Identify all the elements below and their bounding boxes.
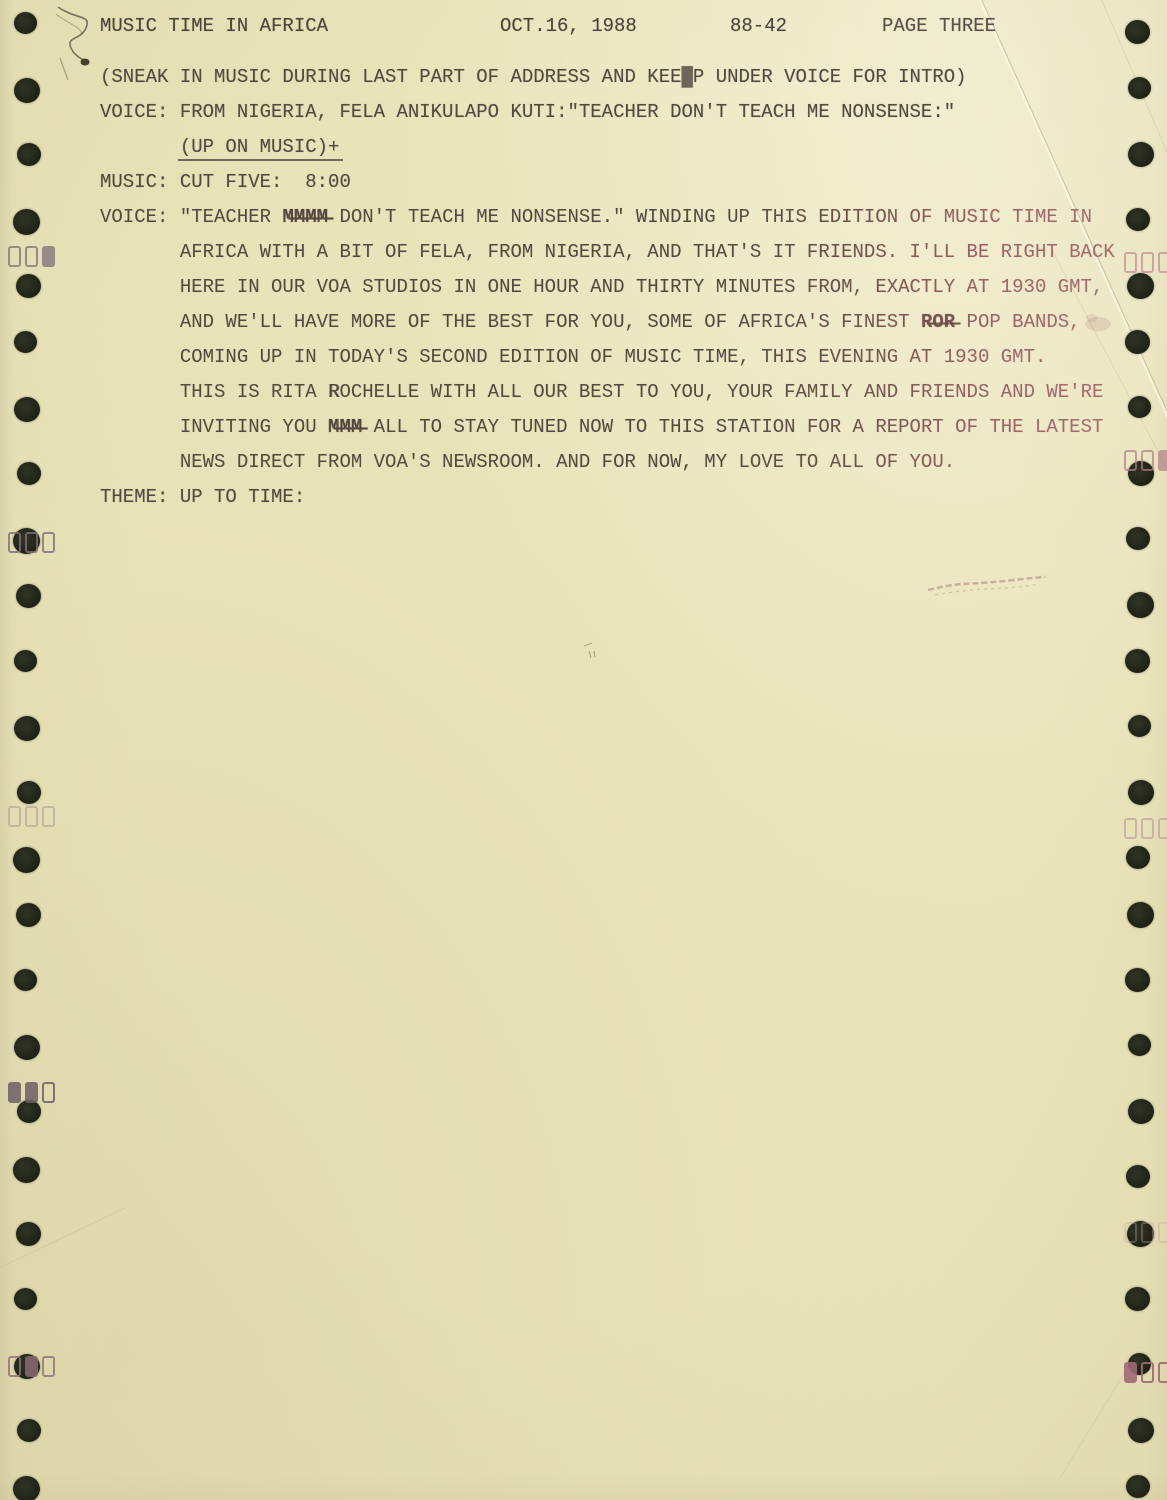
typed-text: P UNDER VOICE FOR INTRO) xyxy=(693,66,967,88)
stamp-cell xyxy=(42,532,55,553)
doc-title: MUSIC TIME IN AFRICA xyxy=(100,15,328,37)
typed-text: INVITING YOU xyxy=(180,416,328,438)
stamp-cell xyxy=(25,806,38,827)
voice-fela-intro: VOICE: FROM NIGERIA, FELA ANIKULAPO KUTI… xyxy=(100,95,1132,130)
voice-closing-line-8: NEWS DIRECT FROM VOA'S NEWSROOM. AND FOR… xyxy=(100,445,1132,480)
typed-text: DON'T TEACH ME NONSENSE." WINDING UP THI… xyxy=(328,206,1092,228)
voice-closing-line-6: THIS IS RITA ROCHELLE WITH ALL OUR BEST … xyxy=(100,375,1132,410)
typed-text: VOICE: FROM NIGERIA, FELA ANIKULAPO KUTI… xyxy=(100,101,955,123)
stamp-cell xyxy=(1124,818,1137,839)
typed-text: AND WE'LL HAVE MORE OF THE BEST FOR YOU,… xyxy=(180,311,921,333)
stamp-cell xyxy=(1158,1222,1167,1243)
typed-over-strikeout: M̶M̶M̶ xyxy=(328,416,362,438)
voice-closing-line-7: INVITING YOU M̶M̶M̶ ALL TO STAY TUNED NO… xyxy=(100,410,1132,445)
stamp-cell xyxy=(1141,818,1154,839)
typed-text: AFRICA WITH A BIT OF FELA, FROM NIGERIA,… xyxy=(180,241,1115,263)
voice-closing-line-5: COMING UP IN TODAY'S SECOND EDITION OF M… xyxy=(100,340,1132,375)
registration-stamp xyxy=(1124,818,1167,839)
stamp-cell xyxy=(1158,1362,1167,1383)
theme-cue: THEME: UP TO TIME: xyxy=(100,480,1132,515)
registration-stamp xyxy=(8,1082,55,1103)
script-lines: (SNEAK IN MUSIC DURING LAST PART OF ADDR… xyxy=(100,60,1132,515)
typed-text: HERE IN OUR VOA STUDIOS IN ONE HOUR AND … xyxy=(180,276,1104,298)
voice-closing-line-2: AFRICA WITH A BIT OF FELA, FROM NIGERIA,… xyxy=(100,235,1132,270)
cue-up-on-music: (UP ON MUSIC)+ xyxy=(100,130,1132,165)
registration-stamp xyxy=(1124,1222,1167,1243)
stamp-cell xyxy=(1141,1362,1154,1383)
stamp-cell xyxy=(1158,252,1167,273)
stamp-cell xyxy=(25,1082,38,1103)
stamp-cell xyxy=(8,1082,21,1103)
stamp-cell xyxy=(1124,1222,1137,1243)
stamp-cell xyxy=(25,1356,38,1377)
voice-closing-line-4: AND WE'LL HAVE MORE OF THE BEST FOR YOU,… xyxy=(100,305,1132,340)
stamp-cell xyxy=(1141,252,1154,273)
registration-stamp xyxy=(8,806,55,827)
doc-date: OCT.16, 1988 xyxy=(500,15,637,37)
typed-text: (SNEAK IN MUSIC DURING LAST PART OF ADDR… xyxy=(100,66,682,88)
stamp-cell xyxy=(1141,450,1154,471)
typed-text: MUSIC: CUT FIVE: 8:00 xyxy=(100,171,351,193)
doc-code: 88-42 xyxy=(730,15,787,37)
stamp-cell xyxy=(25,532,38,553)
voice-closing-line-1: VOICE: "TEACHER M̶M̶M̶M̶ DON'T TEACH ME … xyxy=(100,200,1132,235)
stamp-cell xyxy=(42,806,55,827)
music-cut-five: MUSIC: CUT FIVE: 8:00 xyxy=(100,165,1132,200)
stamp-cell xyxy=(1124,1362,1137,1383)
typed-text: POP BANDS, xyxy=(955,311,1080,333)
typed-text: ALL TO STAY TUNED NOW TO THIS STATION FO… xyxy=(362,416,1103,438)
stamp-cell xyxy=(1158,818,1167,839)
typed-text: THEME: UP TO TIME: xyxy=(100,486,305,508)
typed-text: THIS IS RITA xyxy=(180,381,328,403)
doc-page-number: PAGE THREE xyxy=(882,15,996,37)
registration-stamp xyxy=(8,532,55,553)
registration-stamp xyxy=(1124,1362,1167,1383)
typed-text: NEWS DIRECT FROM VOA'S NEWSROOM. AND FOR… xyxy=(180,451,955,473)
typed-text: (UP ON MUSIC)+ xyxy=(178,136,344,161)
stamp-cell xyxy=(42,246,55,267)
registration-stamp xyxy=(8,246,55,267)
typed-over-strikeout: R̶O̶R̶ xyxy=(921,311,955,333)
stamp-cell xyxy=(42,1356,55,1377)
cue-sneak-in-music: (SNEAK IN MUSIC DURING LAST PART OF ADDR… xyxy=(100,60,1132,95)
page-header: MUSIC TIME IN AFRICA OCT.16, 1988 88-42 … xyxy=(100,15,1147,41)
typed-text: R xyxy=(328,381,339,403)
typed-text: OCHELLE WITH ALL OUR BEST TO YOU, YOUR F… xyxy=(339,381,1103,403)
stamp-cell xyxy=(1158,450,1167,471)
voice-closing-line-3: HERE IN OUR VOA STUDIOS IN ONE HOUR AND … xyxy=(100,270,1132,305)
stamp-cell xyxy=(25,246,38,267)
ink-blot: █ xyxy=(682,66,693,88)
stamp-cell xyxy=(8,532,21,553)
stamp-cell xyxy=(1141,1222,1154,1243)
typed-text: VOICE: "TEACHER xyxy=(100,206,282,228)
stamp-cell xyxy=(8,806,21,827)
stamp-cell xyxy=(42,1082,55,1103)
typed-over-strikeout: M̶M̶M̶M̶ xyxy=(282,206,328,228)
typed-text: COMING UP IN TODAY'S SECOND EDITION OF M… xyxy=(180,346,1047,368)
script-page: MUSIC TIME IN AFRICA OCT.16, 1988 88-42 … xyxy=(0,0,1167,1500)
stamp-cell xyxy=(8,1356,21,1377)
stamp-cell xyxy=(8,246,21,267)
registration-stamp xyxy=(8,1356,55,1377)
